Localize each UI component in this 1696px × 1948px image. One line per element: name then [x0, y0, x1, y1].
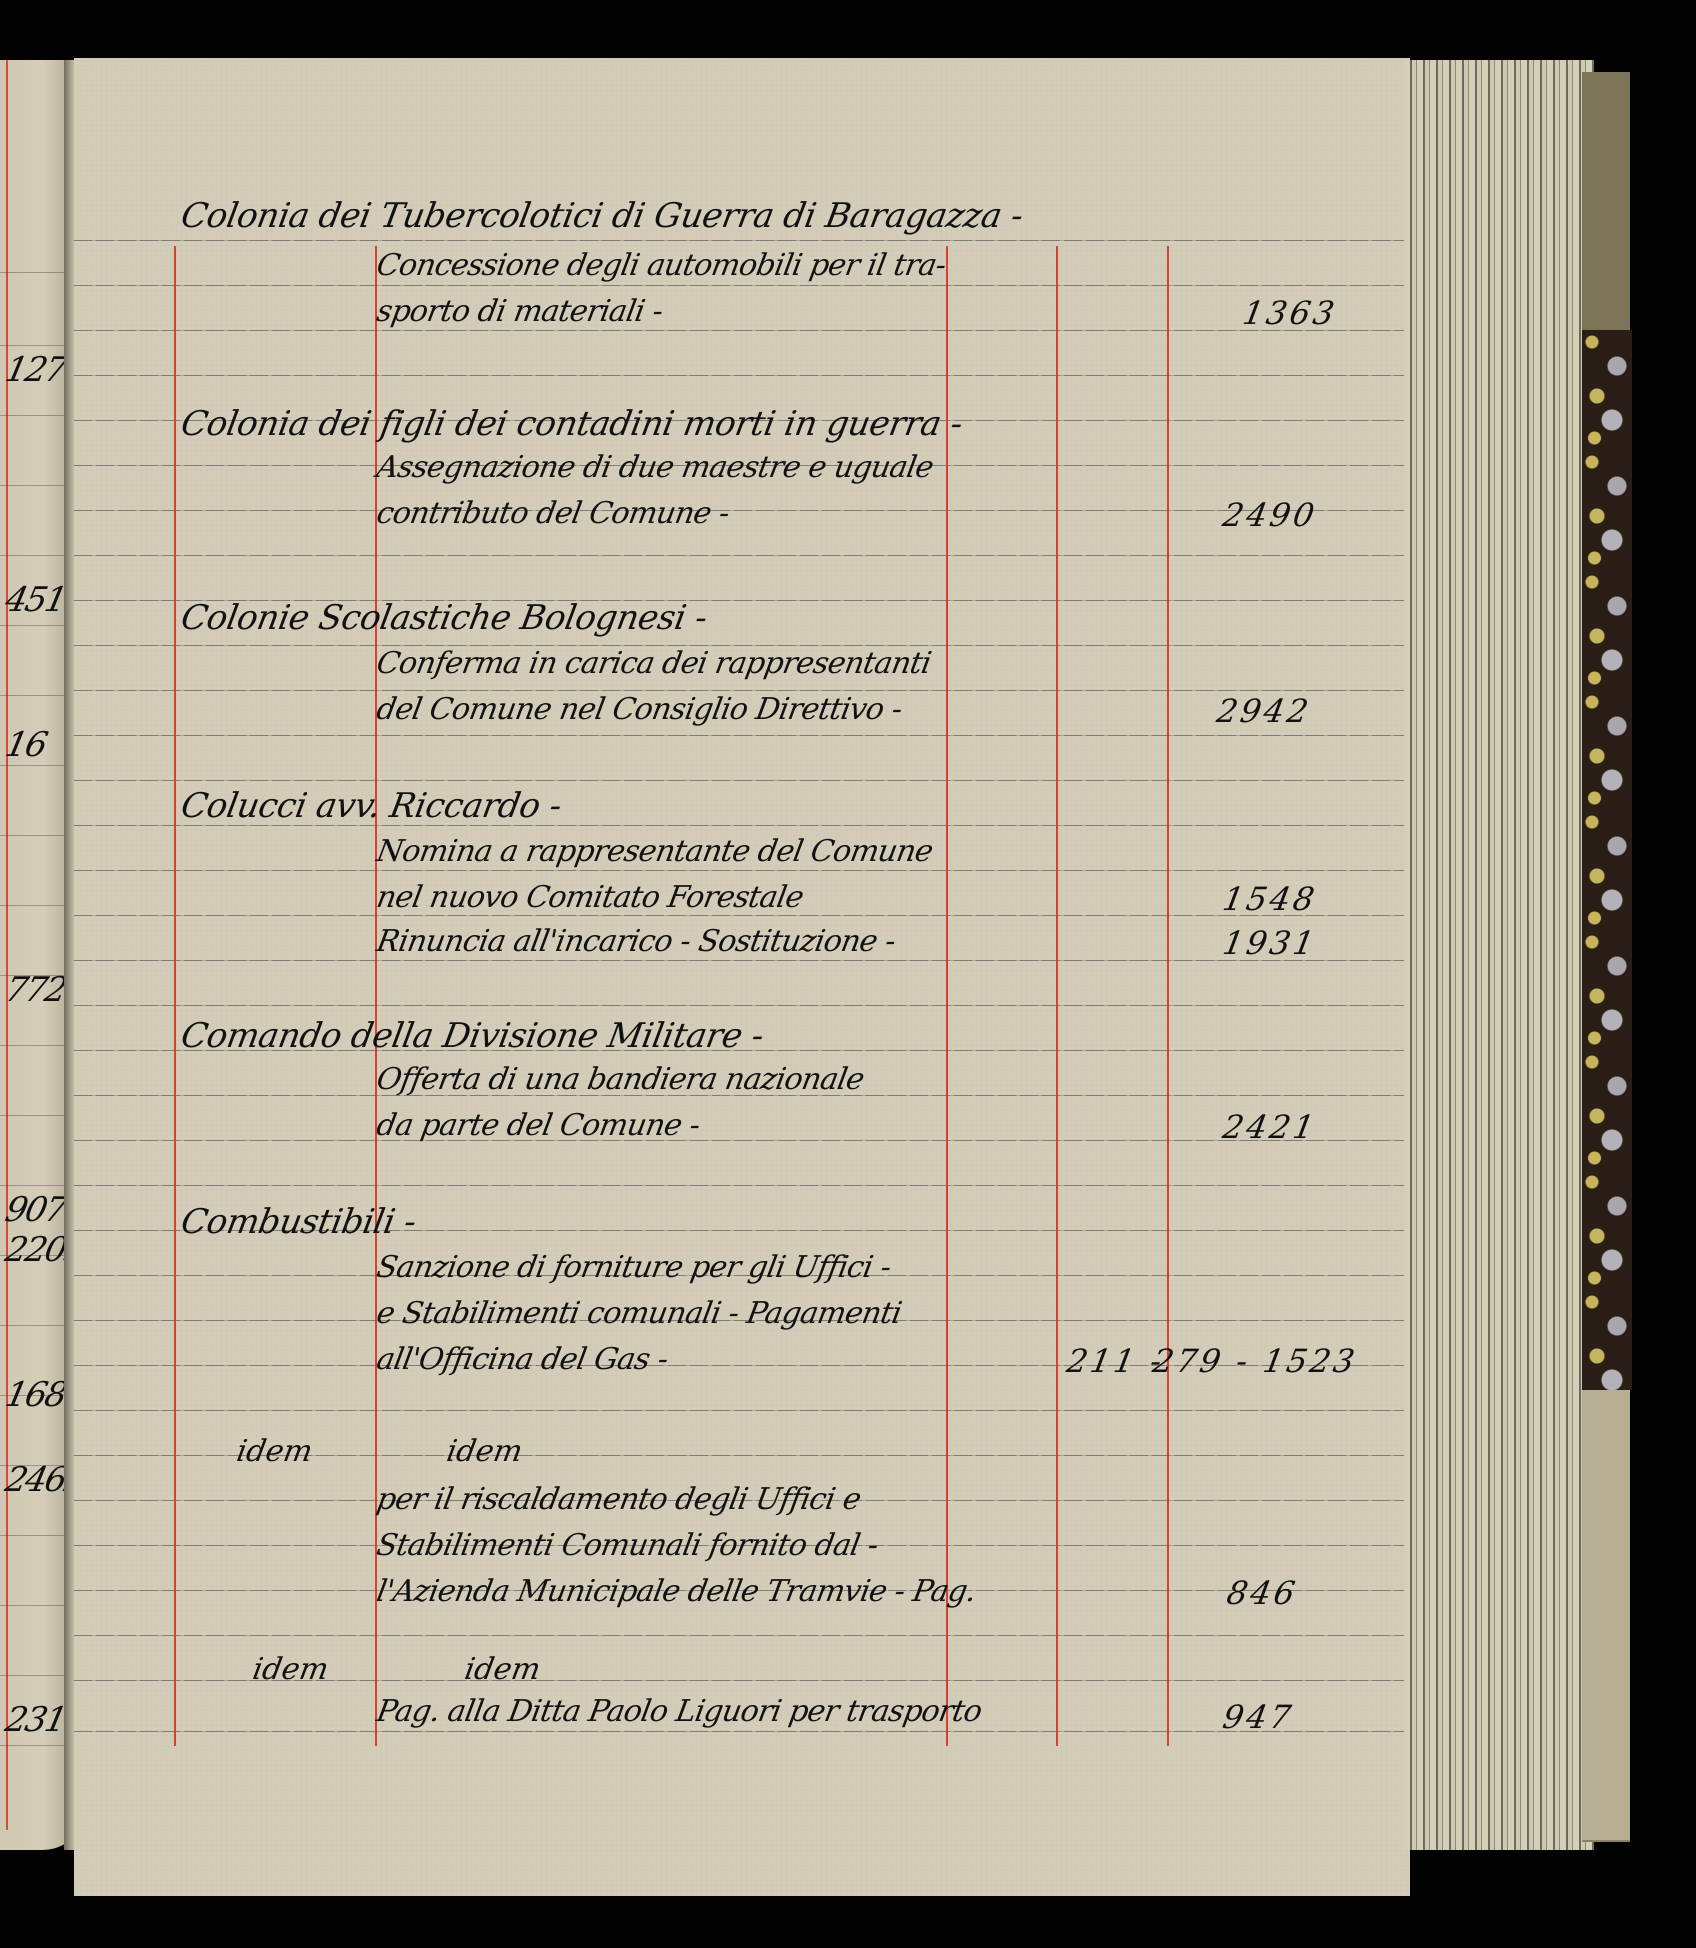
ruling-line — [74, 285, 1410, 286]
ruling-line — [74, 330, 1410, 331]
ruling-line — [74, 240, 1410, 241]
entry-reference: 2942 — [1214, 692, 1314, 730]
ruling-line — [74, 375, 1410, 376]
ruling-line — [74, 1410, 1410, 1411]
marbled-cover — [1582, 330, 1632, 1390]
ruling-line — [74, 555, 1410, 556]
ruling-line — [74, 1185, 1410, 1186]
ruling-line — [0, 1185, 72, 1186]
ruling-line — [0, 835, 72, 836]
entry-line: per il riscaldamento degli Uffici e — [374, 1482, 863, 1517]
ruling-line — [74, 1635, 1410, 1636]
entry-line: all'Officina del Gas - — [374, 1342, 670, 1377]
entry-line: l'Azienda Municipale delle Tramvie - Pag… — [374, 1574, 978, 1609]
ruling-line — [74, 1140, 1410, 1141]
entry-subject: Colonia dei Tubercolotici di Guerra di B… — [178, 196, 1026, 236]
entry-line: Conferma in carica dei rappresentanti — [374, 646, 933, 681]
entry-line: nel nuovo Comitato Forestale — [374, 880, 806, 915]
entry-line: Pag. alla Ditta Paolo Liguori per traspo… — [374, 1694, 984, 1729]
margin-number: 16 — [2, 725, 50, 765]
entry-line: Nomina a rappresentante del Comune — [374, 834, 935, 869]
entry-subject: Colonia dei figli dei contadini morti in… — [178, 404, 965, 444]
entry-reference: 1548 — [1220, 880, 1320, 918]
entry-subject-idem: idem — [462, 1652, 543, 1687]
red-column-ruling — [1056, 246, 1058, 1746]
ruling-line — [74, 915, 1410, 916]
ruling-line — [0, 345, 72, 346]
entry-reference: 2490 — [1220, 496, 1320, 534]
entry-subject: Colonie Scolastiche Bolognesi - — [178, 598, 710, 638]
entry-line: da parte del Comune - — [374, 1108, 702, 1143]
ruling-line — [0, 765, 72, 766]
ruling-line — [0, 555, 72, 556]
entry-reference: 1363 — [1240, 294, 1340, 332]
ruling-line — [0, 272, 72, 273]
left-red-ruling — [6, 60, 8, 1830]
margin-number: 907 — [2, 1190, 69, 1230]
book-page-edges — [1404, 60, 1594, 1850]
ruling-line — [74, 870, 1410, 871]
ruling-line — [74, 735, 1410, 736]
entry-line: e Stabilimenti comunali - Pagamenti — [374, 1296, 904, 1331]
entry-line: sporto di materiali - — [374, 294, 665, 329]
entry-line: Stabilimenti Comunali fornito dal - — [374, 1528, 881, 1563]
red-column-ruling — [174, 246, 176, 1746]
entry-subject: Colucci avv. Riccardo - — [178, 786, 564, 826]
left-page: 1271 451 16 772 907 2203 1686 2462 2311 — [0, 60, 72, 1850]
ruling-line — [0, 1325, 72, 1326]
entry-subject: Combustibili - — [178, 1202, 419, 1242]
entry-subject: Comando della Divisione Militare - — [178, 1016, 767, 1056]
ruling-line — [0, 485, 72, 486]
entry-reference: 947 — [1220, 1698, 1297, 1736]
ruling-line — [0, 625, 72, 626]
entry-line: contributo del Comune - — [374, 496, 732, 531]
red-column-ruling — [946, 246, 948, 1746]
entry-line: Rinuncia all'incarico - Sostituzione - — [374, 924, 898, 959]
ruling-line — [74, 1005, 1410, 1006]
ruling-line — [74, 1731, 1410, 1732]
ruling-line — [0, 1745, 72, 1746]
ruling-line — [74, 690, 1410, 691]
entry-subject-idem: idem — [444, 1434, 525, 1469]
ruling-line — [0, 1535, 72, 1536]
ruling-line — [0, 905, 72, 906]
entry-line: del Comune nel Consiglio Direttivo - — [374, 692, 905, 727]
red-column-ruling — [1167, 246, 1169, 1746]
ruling-line — [0, 1115, 72, 1116]
ruling-line — [74, 960, 1410, 961]
book-cover-corner — [1582, 1390, 1630, 1840]
ruling-line — [0, 1045, 72, 1046]
book-cover-corner — [1582, 72, 1630, 332]
ruling-line — [0, 1605, 72, 1606]
ruling-line — [0, 1675, 72, 1676]
margin-number: 772 — [2, 970, 69, 1010]
entry-line: Concessione degli automobili per il tra- — [374, 248, 948, 283]
entry-subject-idem: idem — [234, 1434, 315, 1469]
entry-reference: 279 - 1523 — [1150, 1342, 1360, 1380]
entry-line: Sanzione di forniture per gli Uffici - — [374, 1250, 893, 1285]
entry-subject-idem: idem — [250, 1652, 331, 1687]
entry-reference: 2421 — [1220, 1108, 1320, 1146]
entry-reference: 1931 — [1220, 924, 1320, 962]
margin-number: 451 — [2, 580, 69, 620]
ruling-line — [0, 695, 72, 696]
ruling-line — [74, 510, 1410, 511]
entry-reference: 846 — [1224, 1574, 1301, 1612]
ruling-line — [74, 780, 1410, 781]
entry-line: Assegnazione di due maestre e uguale — [374, 450, 936, 485]
ruling-line — [0, 415, 72, 416]
right-page: Colonia dei Tubercolotici di Guerra di B… — [74, 58, 1410, 1896]
entry-line: Offerta di una bandiera nazionale — [374, 1062, 866, 1097]
